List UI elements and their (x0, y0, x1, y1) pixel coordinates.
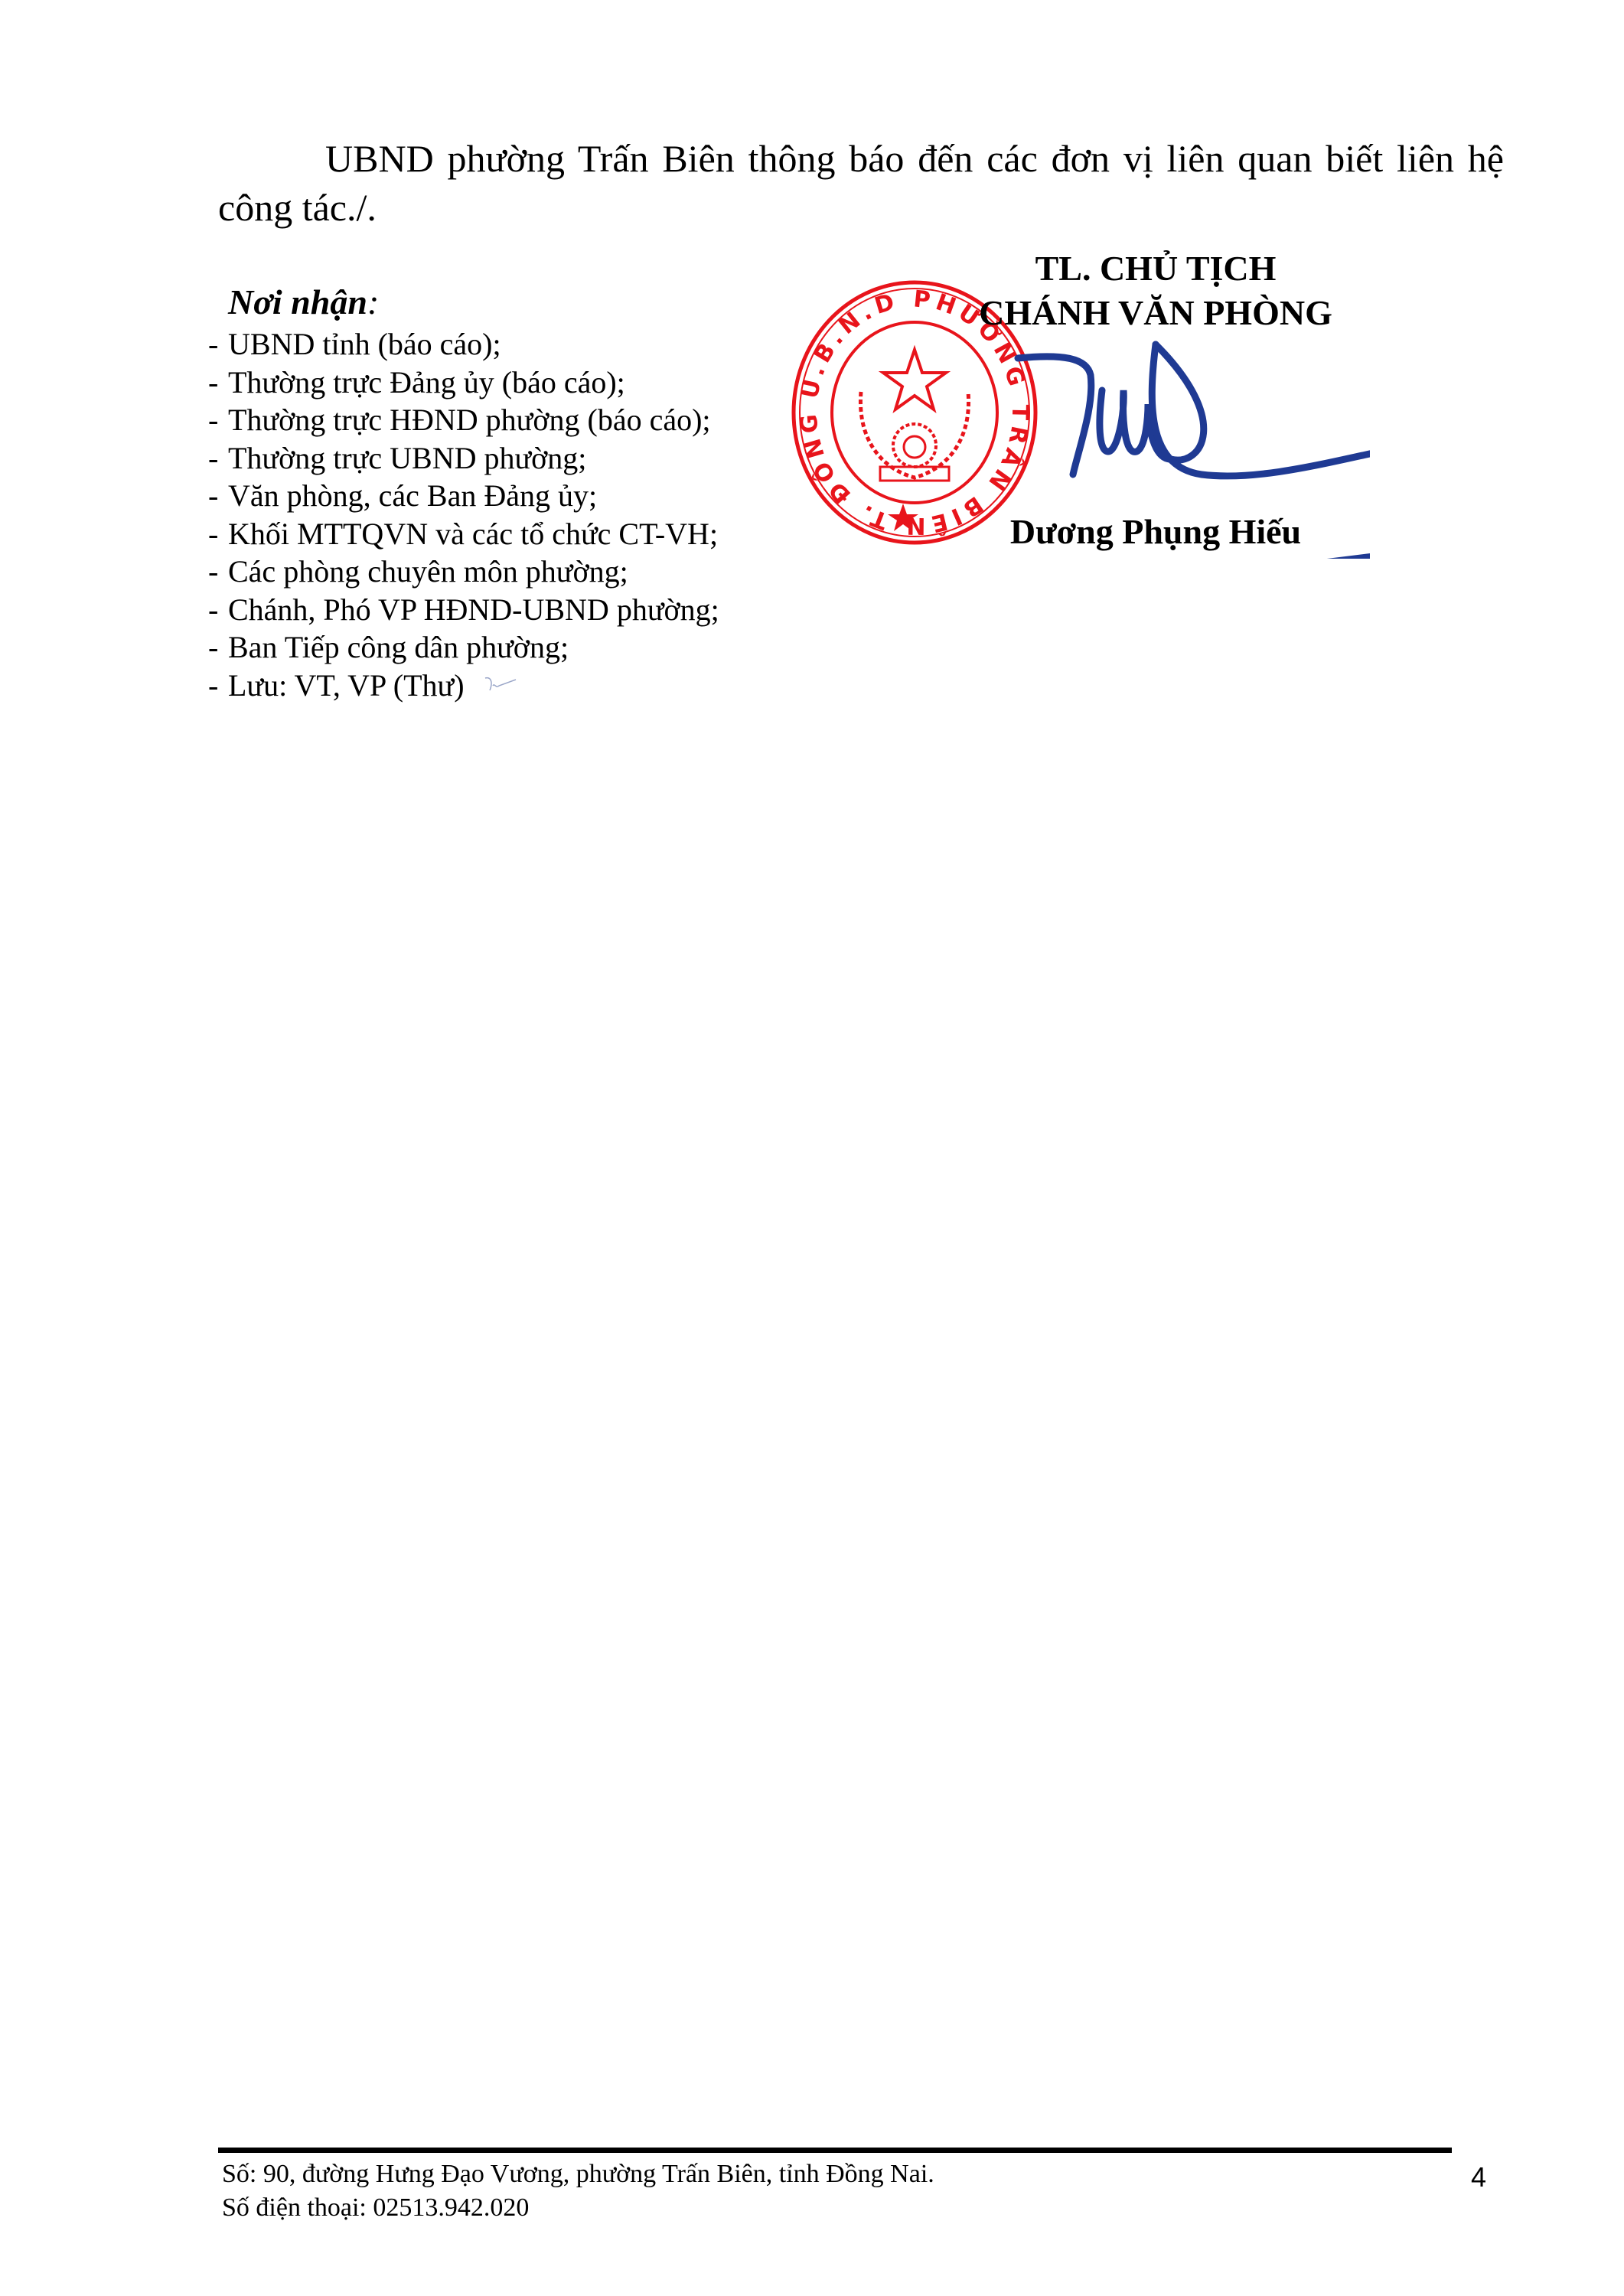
footer-phone: Số điện thoại: 02513.942.020 (222, 2193, 529, 2223)
recipient-item: -Thường trực Đảng ủy (báo cáo); (208, 364, 719, 402)
closing-paragraph-text: UBND phường Trấn Biên thông báo đến các … (218, 137, 1504, 229)
recipient-item: -Khối MTTQVN và các tổ chức CT-VH; (208, 515, 719, 553)
recipient-item: -UBND tỉnh (báo cáo); (208, 325, 719, 364)
recipients-title: Nơi nhận: (228, 282, 379, 322)
recipients-title-text: Nơi nhận (228, 282, 367, 321)
signature-title-line2: CHÁNH VĂN PHÒNG (918, 291, 1393, 335)
recipient-item: -Thường trực HĐND phường (báo cáo); (208, 401, 719, 439)
footer-divider (218, 2148, 1452, 2153)
page-number: 4 (1471, 2161, 1486, 2193)
recipient-item: -Văn phòng, các Ban Đảng ủy; (208, 477, 719, 515)
signature-title: TL. CHỦ TỊCH CHÁNH VĂN PHÒNG (918, 246, 1393, 335)
recipient-item: -Các phòng chuyên môn phường; (208, 553, 719, 591)
footer-address: Số: 90, đường Hưng Đạo Vương, phường Trấ… (222, 2160, 934, 2189)
recipients-title-colon: : (367, 282, 379, 321)
recipient-item: -Chánh, Phó VP HĐND-UBND phường; (208, 591, 719, 629)
recipients-list: -UBND tỉnh (báo cáo); -Thường trực Đảng … (208, 325, 719, 704)
recipient-item: -Thường trực UBND phường; (208, 439, 719, 478)
signature-title-line1: TL. CHỦ TỊCH (918, 246, 1393, 291)
signer-name: Dương Phụng Hiếu (957, 511, 1355, 552)
closing-paragraph: UBND phường Trấn Biên thông báo đến các … (218, 134, 1504, 232)
recipient-item: -Lưu: VT, VP (Thư) (208, 667, 719, 705)
initials-mark-icon (484, 675, 517, 695)
recipient-item: -Ban Tiếp công dân phường; (208, 628, 719, 667)
